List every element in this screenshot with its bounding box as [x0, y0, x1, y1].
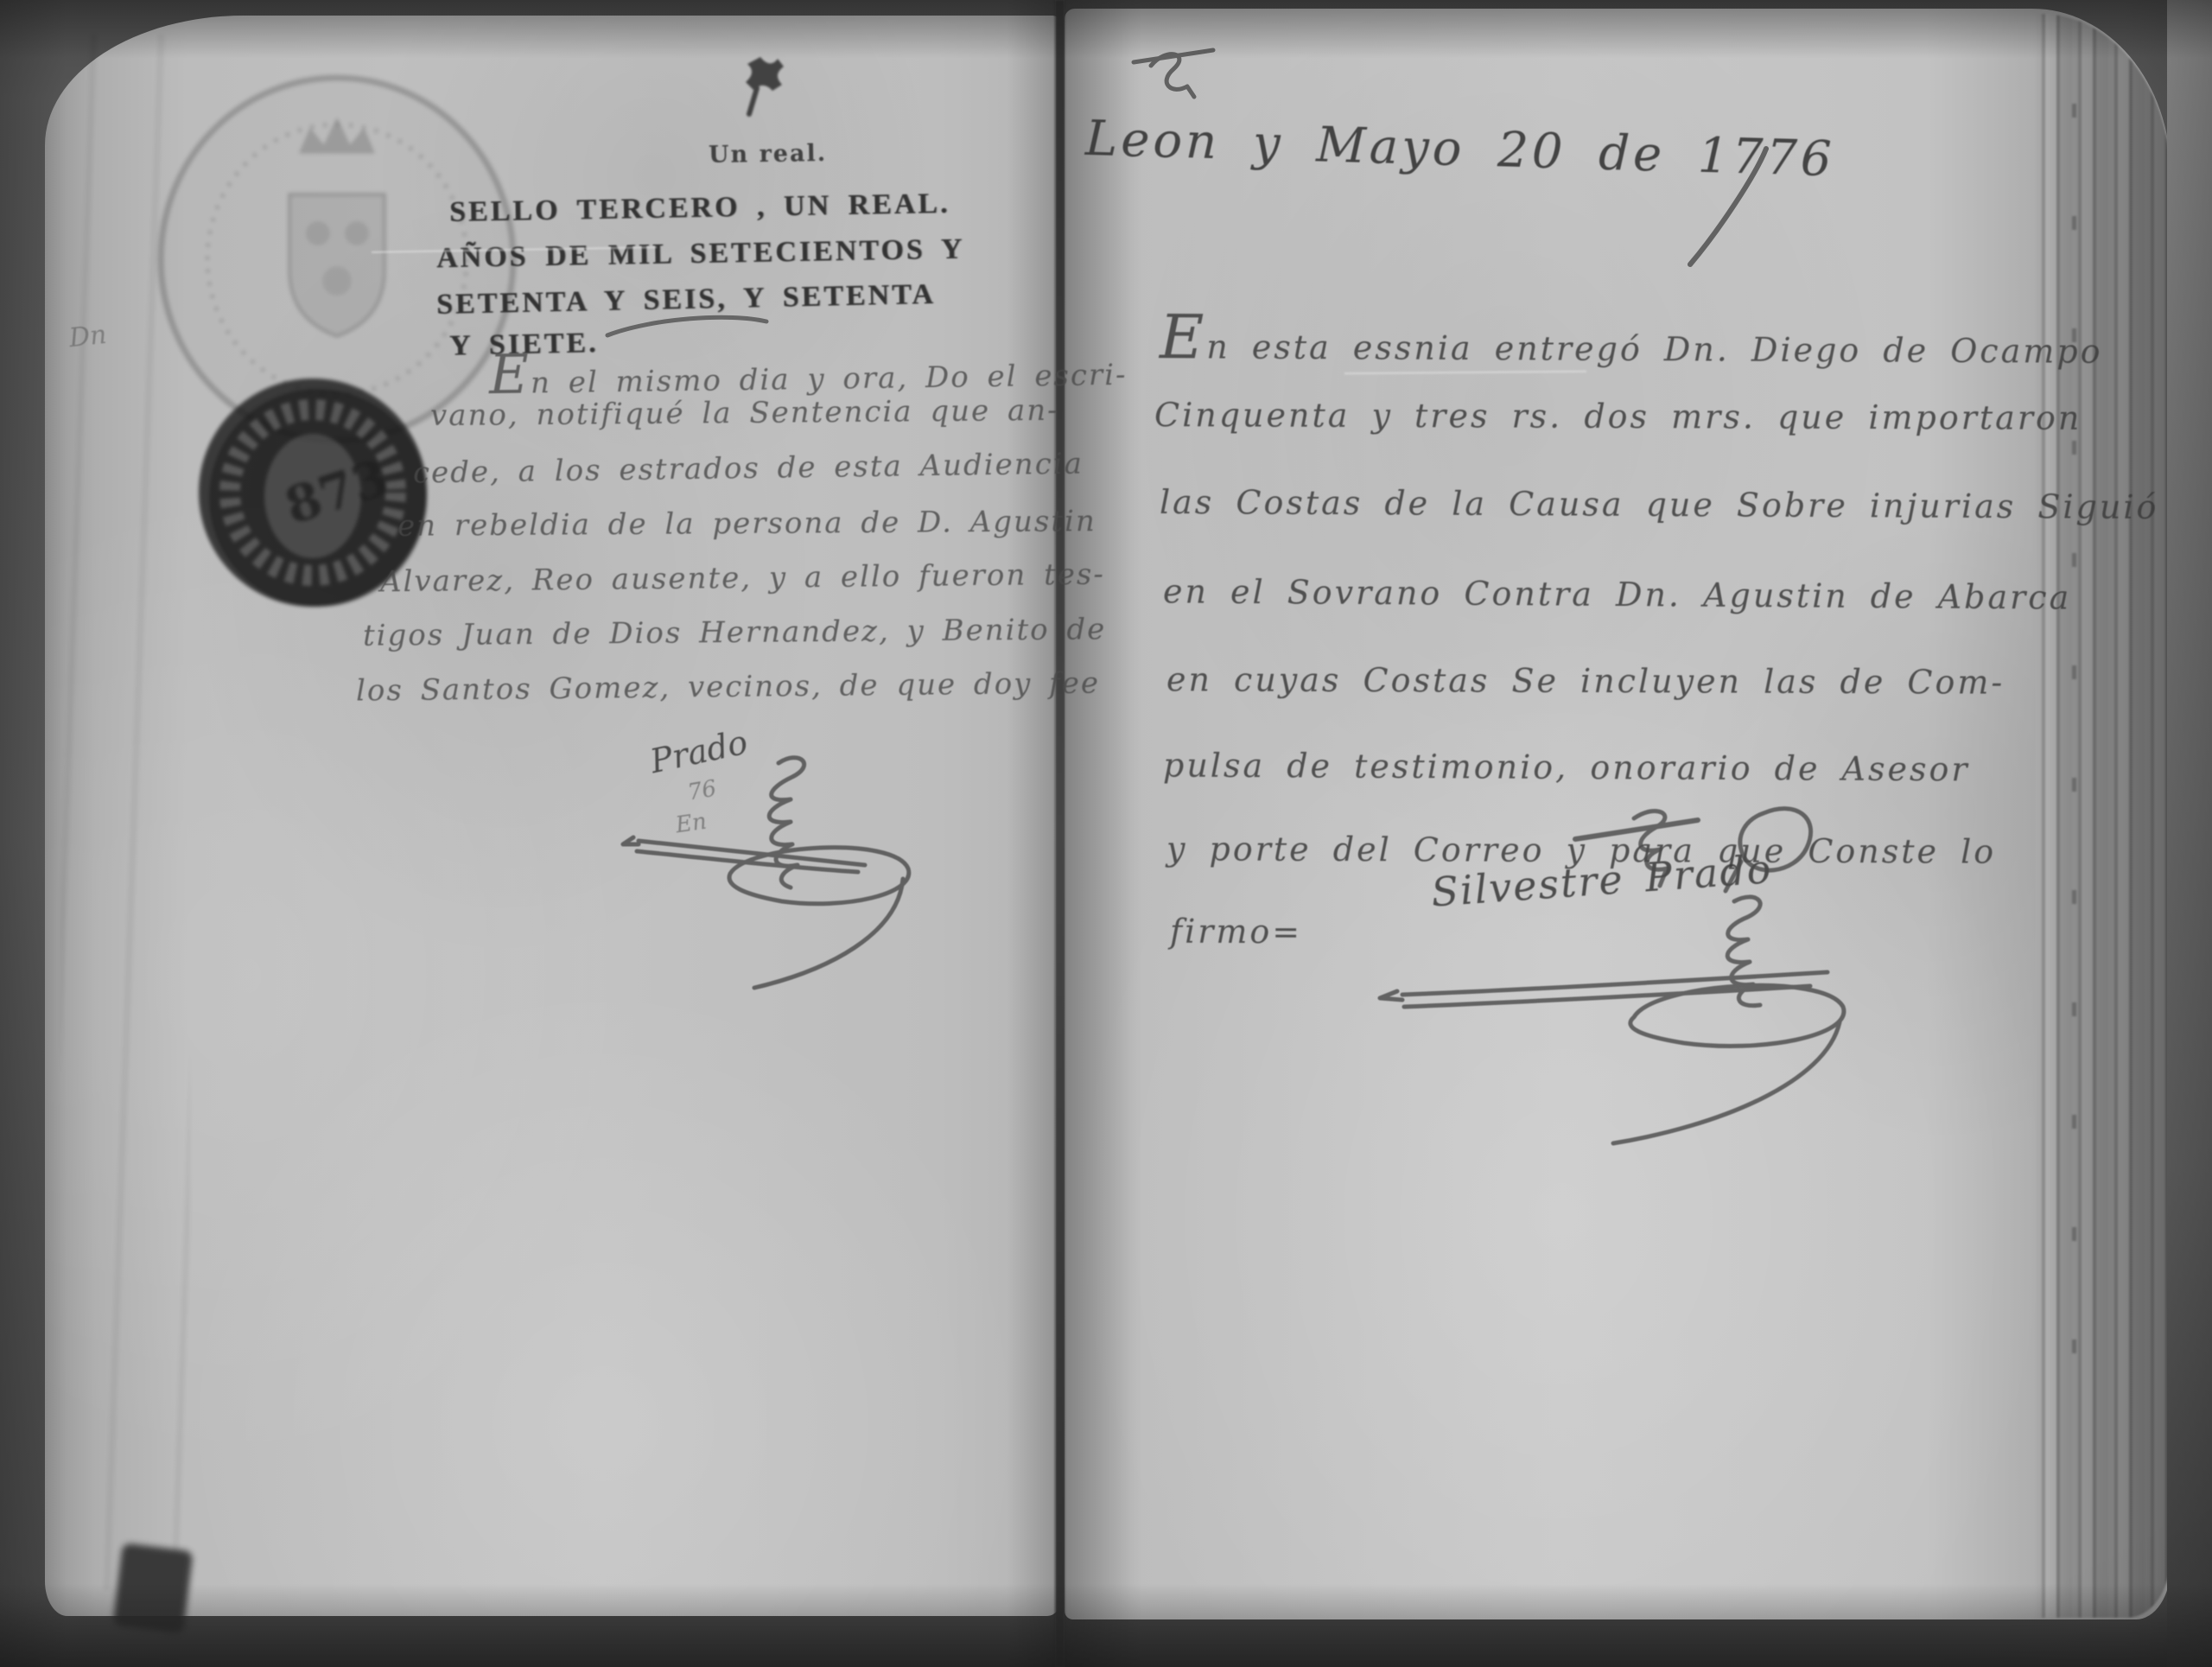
handwritten-line: En esta essnia entregó Dn. Diego de Ocam…	[1160, 302, 2103, 378]
paraph-cross-mark-icon	[1122, 24, 1225, 104]
margin-note: Dn	[67, 320, 108, 353]
cross-fleuron-icon	[731, 52, 788, 123]
fore-edge-stitch-marks	[2072, 104, 2076, 1400]
book-fore-edge	[2036, 14, 2171, 1618]
signature-rubric-right	[1344, 791, 1879, 1162]
signature-rubric-left	[618, 730, 938, 998]
tax-denomination: Un real.	[709, 140, 828, 169]
handwritten-line: tigos Juan de Dios Hernandez, y Benito d…	[363, 612, 1107, 653]
right-background-edge	[2167, 0, 2212, 1667]
binding-gutter	[1055, 0, 1065, 1667]
handwritten-line: en el Sovrano Contra Dn. Agustin de Abar…	[1163, 572, 2072, 616]
handwritten-line: las Costas de la Causa que Sobre injuria…	[1160, 483, 2159, 526]
gutter-shadow-left	[1007, 0, 1055, 1667]
handwritten-line: pulsa de testimonio, onorario de Asesor	[1163, 747, 1970, 789]
ink-blot	[112, 1543, 193, 1633]
handwritten-line: firmo=	[1170, 913, 1302, 951]
date-slash-flourish	[1675, 137, 1778, 275]
handwritten-line: Cinquenta y tres rs. dos mrs. que import…	[1154, 396, 2082, 437]
manuscript-scan: Un real. SELLO TERCERO , UN REAL. AÑOS D…	[0, 0, 2212, 1667]
handwritten-line: en cuyas Costas Se incluyen las de Com-	[1166, 660, 2005, 701]
gutter-shadow-right	[1065, 0, 1142, 1667]
handwritten-line: vano, notifiqué la Sentencia que an-	[430, 393, 1059, 433]
handwritten-line: en rebeldia de la persona de D. Agustin	[397, 504, 1096, 544]
